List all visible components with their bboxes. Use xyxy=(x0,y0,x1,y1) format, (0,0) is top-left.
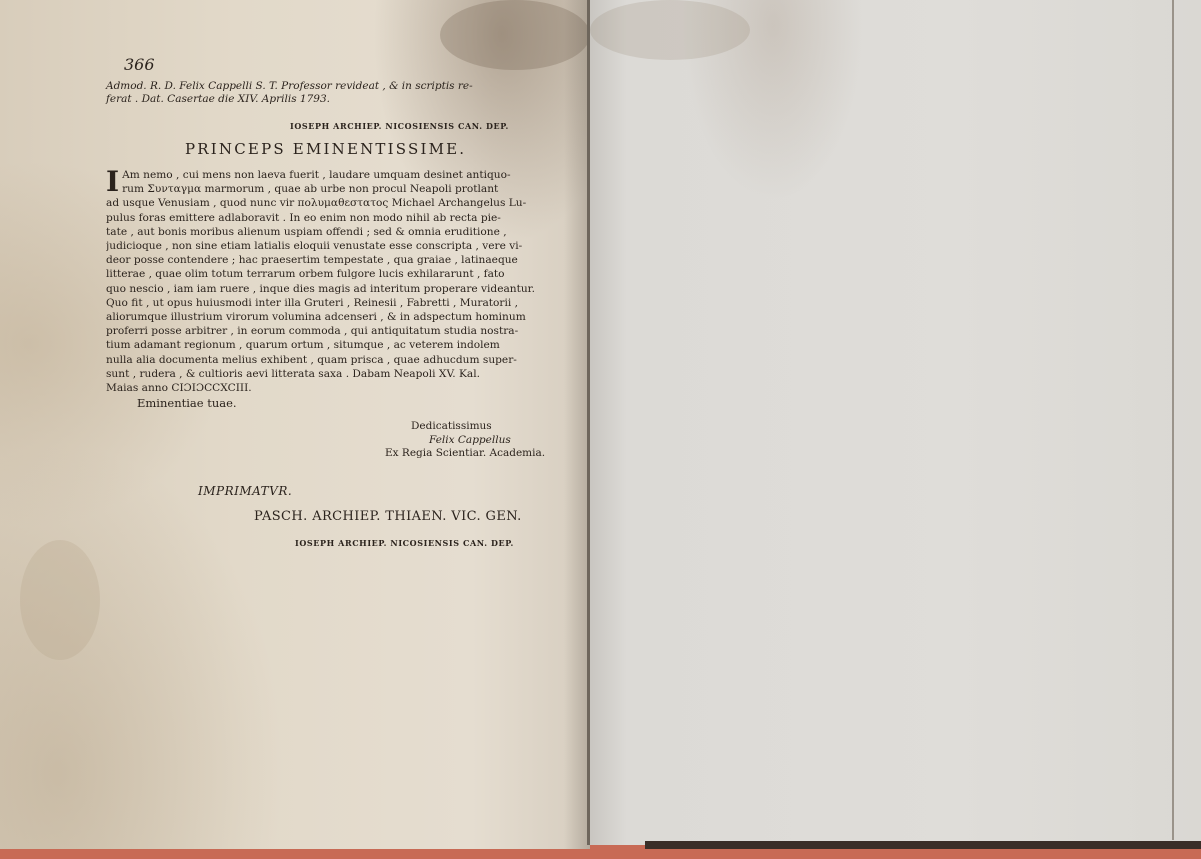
right-page xyxy=(590,0,1201,845)
closing-salutation: Eminentiae tuae. xyxy=(137,396,237,410)
dedication-heading: PRINCEPS EMINENTISSIME. xyxy=(185,140,466,158)
approval-signature: IOSEPH ARCHIEP. NICOSIENSIS CAN. DEP. xyxy=(290,121,509,131)
body-line: pulus foras emittere adlaboravit . In eo… xyxy=(106,211,562,225)
body-line: aliorumque illustrium virorum volumina a… xyxy=(106,310,562,324)
body-line: nulla alia documenta melius exhibent , q… xyxy=(106,353,562,367)
body-line: ad usque Venusiam , quod nunc vir πολυμα… xyxy=(106,196,562,210)
body-line: judicioque , non sine etiam latialis elo… xyxy=(106,239,562,253)
approval-note-line: ferat . Dat. Casertae die XIV. Aprilis 1… xyxy=(106,93,566,106)
body-line: sunt , rudera , & cultioris aevi littera… xyxy=(106,367,562,381)
book-spread: 366 Admod. R. D. Felix Cappelli S. T. Pr… xyxy=(0,0,1201,859)
body-line: Maias anno CIƆIƆCCXCIII. xyxy=(106,381,562,395)
author-signature: Dedicatissimus Felix Cappellus Ex Regia … xyxy=(385,420,555,461)
stain-mark xyxy=(20,540,100,660)
stain-mark xyxy=(440,0,590,70)
cover-edge xyxy=(645,841,1201,849)
vicar-general: PASCH. ARCHIEP. THIAEN. VIC. GEN. xyxy=(254,509,522,524)
signature-affiliation: Ex Regia Scientiar. Academia. xyxy=(385,447,555,461)
body-line: rum Συνταγμα marmorum , quae ab urbe non… xyxy=(122,182,562,196)
left-page: 366 Admod. R. D. Felix Cappelli S. T. Pr… xyxy=(0,0,590,859)
page-number: 366 xyxy=(124,55,155,74)
drop-cap: I xyxy=(106,169,119,195)
body-line: Am nemo , cui mens non laeva fuerit , la… xyxy=(122,168,562,182)
approval-note: Admod. R. D. Felix Cappelli S. T. Profes… xyxy=(106,80,566,106)
body-line: deor posse contendere ; hac praesertim t… xyxy=(106,253,562,267)
body-line: Quo fit , ut opus huiusmodi inter illa G… xyxy=(106,296,562,310)
body-line: litterae , quae olim totum terrarum orbe… xyxy=(106,267,562,281)
signature-name: Felix Cappellus xyxy=(385,434,555,448)
page-edge xyxy=(1172,0,1174,840)
body-line: proferri posse arbitrer , in eorum commo… xyxy=(106,324,562,338)
dedication-body: I Am nemo , cui mens non laeva fuerit , … xyxy=(106,168,562,395)
approval-note-line: Admod. R. D. Felix Cappelli S. T. Profes… xyxy=(106,80,473,92)
body-line: tate , aut bonis moribus alienum uspiam … xyxy=(106,225,562,239)
final-signature: IOSEPH ARCHIEP. NICOSIENSIS CAN. DEP. xyxy=(295,538,514,548)
table-surface xyxy=(0,849,1201,859)
signature-dedication: Dedicatissimus xyxy=(385,420,555,434)
body-line: quo nescio , iam iam ruere , inque dies … xyxy=(106,282,562,296)
imprimatur: IMPRIMATVR. xyxy=(198,484,292,498)
body-line: tium adamant regionum , quarum ortum , s… xyxy=(106,338,562,352)
stain-mark xyxy=(590,0,750,60)
